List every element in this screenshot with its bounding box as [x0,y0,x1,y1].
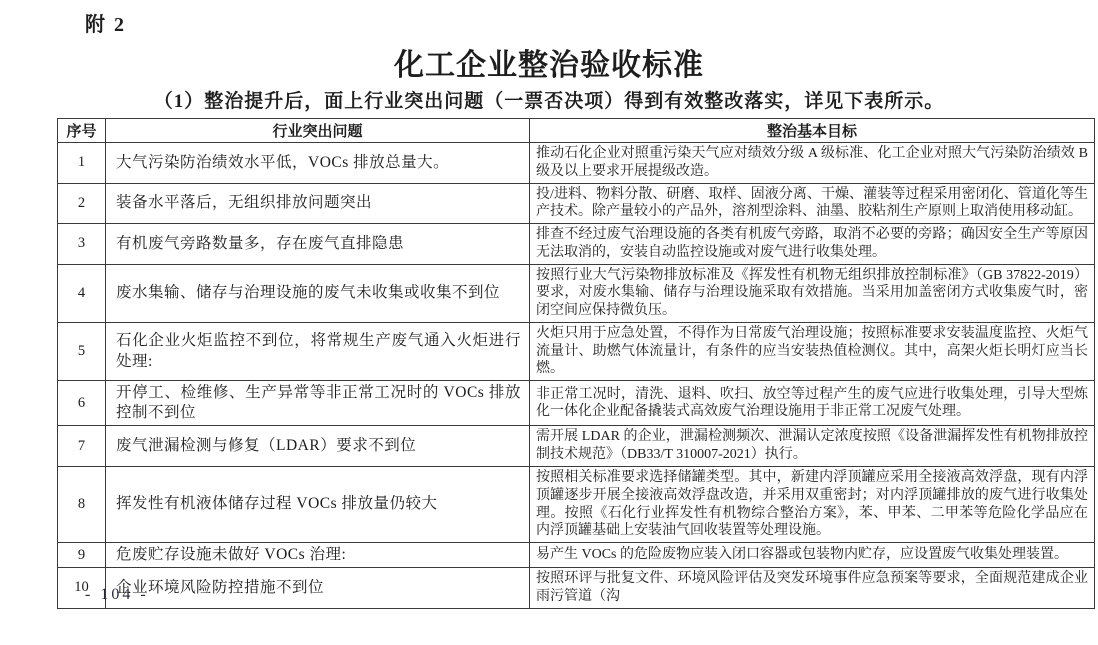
row-number-cell: 1 [58,143,106,184]
table-row: 1 大气污染防治绩效水平低，VOCs 排放总量大。 推动石化企业对照重污染天气应… [58,143,1095,184]
table-row: 2 装备水平落后，无组织排放问题突出 投/进料、物料分散、研磨、取样、固液分离、… [58,183,1095,224]
target-cell: 推动石化企业对照重污染天气应对绩效分级 A 级标准、化工企业对照大气污染防治绩效… [530,143,1095,184]
problem-cell: 有机废气旁路数量多，存在废气直排隐患 [106,224,530,265]
target-cell: 按照环评与批复文件、环境风险评估及突发环境事件应急预案等要求，全面规范建成企业雨… [530,568,1095,609]
table-row: 9 危废贮存设施未做好 VOCs 治理: 易产生 VOCs 的危险废物应装入闭口… [58,543,1095,568]
target-cell: 排查不经过废气治理设施的各类有机废气旁路，取消不必要的旁路；确因安全生产等原因无… [530,224,1095,265]
target-cell: 火炬只用于应急处置，不得作为日常废气治理设施；按照标准要求安装温度监控、火炬气流… [530,322,1095,380]
table-row: 8 挥发性有机液体储存过程 VOCs 排放量仍较大 按照相关标准要求选择储罐类型… [58,467,1095,543]
table-header-row: 序号 行业突出问题 整治基本目标 [58,119,1095,143]
problem-cell: 石化企业火炬监控不到位，将常规生产废气通入火炬进行处理: [106,322,530,380]
document-page: 附 2 化工企业整治验收标准 （1）整治提升后，面上行业突出问题（一票否决项）得… [0,0,1098,645]
row-number-cell: 4 [58,264,106,322]
table-row: 4 废水集输、储存与治理设施的废气未收集或收集不到位 按照行业大气污染物排放标准… [58,264,1095,322]
problem-cell: 废气泄漏检测与修复（LDAR）要求不到位 [106,426,530,467]
target-cell: 需开展 LDAR 的企业，泄漏检测频次、泄漏认定浓度按照《设备泄漏挥发性有机物排… [530,426,1095,467]
table-row: 10 企业环境风险防控措施不到位 按照环评与批复文件、环境风险评估及突发环境事件… [58,568,1095,609]
target-cell: 易产生 VOCs 的危险废物应装入闭口容器或包装物内贮存，应设置废气收集处理装置… [530,543,1095,568]
row-number-cell: 8 [58,467,106,543]
header-industry-problem: 行业突出问题 [106,119,530,143]
target-cell: 按照相关标准要求选择储罐类型。其中，新建内浮顶罐应采用全接液高效浮盘，现有内浮顶… [530,467,1095,543]
problem-cell: 开停工、检维修、生产异常等非正常工况时的 VOCs 排放控制不到位 [106,381,530,426]
standards-table: 序号 行业突出问题 整治基本目标 1 大气污染防治绩效水平低，VOCs 排放总量… [57,118,1095,609]
table-row: 7 废气泄漏检测与修复（LDAR）要求不到位 需开展 LDAR 的企业，泄漏检测… [58,426,1095,467]
problem-cell: 企业环境风险防控措施不到位 [106,568,530,609]
problem-cell: 挥发性有机液体储存过程 VOCs 排放量仍较大 [106,467,530,543]
subtitle-text: （1）整治提升后，面上行业突出问题（一票否决项）得到有效整改落实，详见下表所示。 [0,86,1098,113]
target-cell: 按照行业大气污染物排放标准及《挥发性有机物无组织排放控制标准》（GB 37822… [530,264,1095,322]
page-number: - 104 - [85,586,149,604]
row-number-cell: 7 [58,426,106,467]
row-number-cell: 6 [58,381,106,426]
header-rectification-target: 整治基本目标 [530,119,1095,143]
table-row: 5 石化企业火炬监控不到位，将常规生产废气通入火炬进行处理: 火炬只用于应急处置… [58,322,1095,380]
row-number-cell: 9 [58,543,106,568]
target-cell: 投/进料、物料分散、研磨、取样、固液分离、干燥、灌装等过程采用密闭化、管道化等生… [530,183,1095,224]
target-cell: 非正常工况时，清洗、退料、吹扫、放空等过程产生的废气应进行收集处理，引导大型炼化… [530,381,1095,426]
problem-cell: 危废贮存设施未做好 VOCs 治理: [106,543,530,568]
problem-cell: 装备水平落后，无组织排放问题突出 [106,183,530,224]
row-number-cell: 5 [58,322,106,380]
table-row: 3 有机废气旁路数量多，存在废气直排隐患 排查不经过废气治理设施的各类有机废气旁… [58,224,1095,265]
header-seq-number: 序号 [58,119,106,143]
problem-cell: 大气污染防治绩效水平低，VOCs 排放总量大。 [106,143,530,184]
row-number-cell: 2 [58,183,106,224]
page-title: 化工企业整治验收标准 [0,40,1098,84]
row-number-cell: 3 [58,224,106,265]
problem-cell: 废水集输、储存与治理设施的废气未收集或收集不到位 [106,264,530,322]
table-row: 6 开停工、检维修、生产异常等非正常工况时的 VOCs 排放控制不到位 非正常工… [58,381,1095,426]
attachment-label: 附 2 [85,8,126,37]
